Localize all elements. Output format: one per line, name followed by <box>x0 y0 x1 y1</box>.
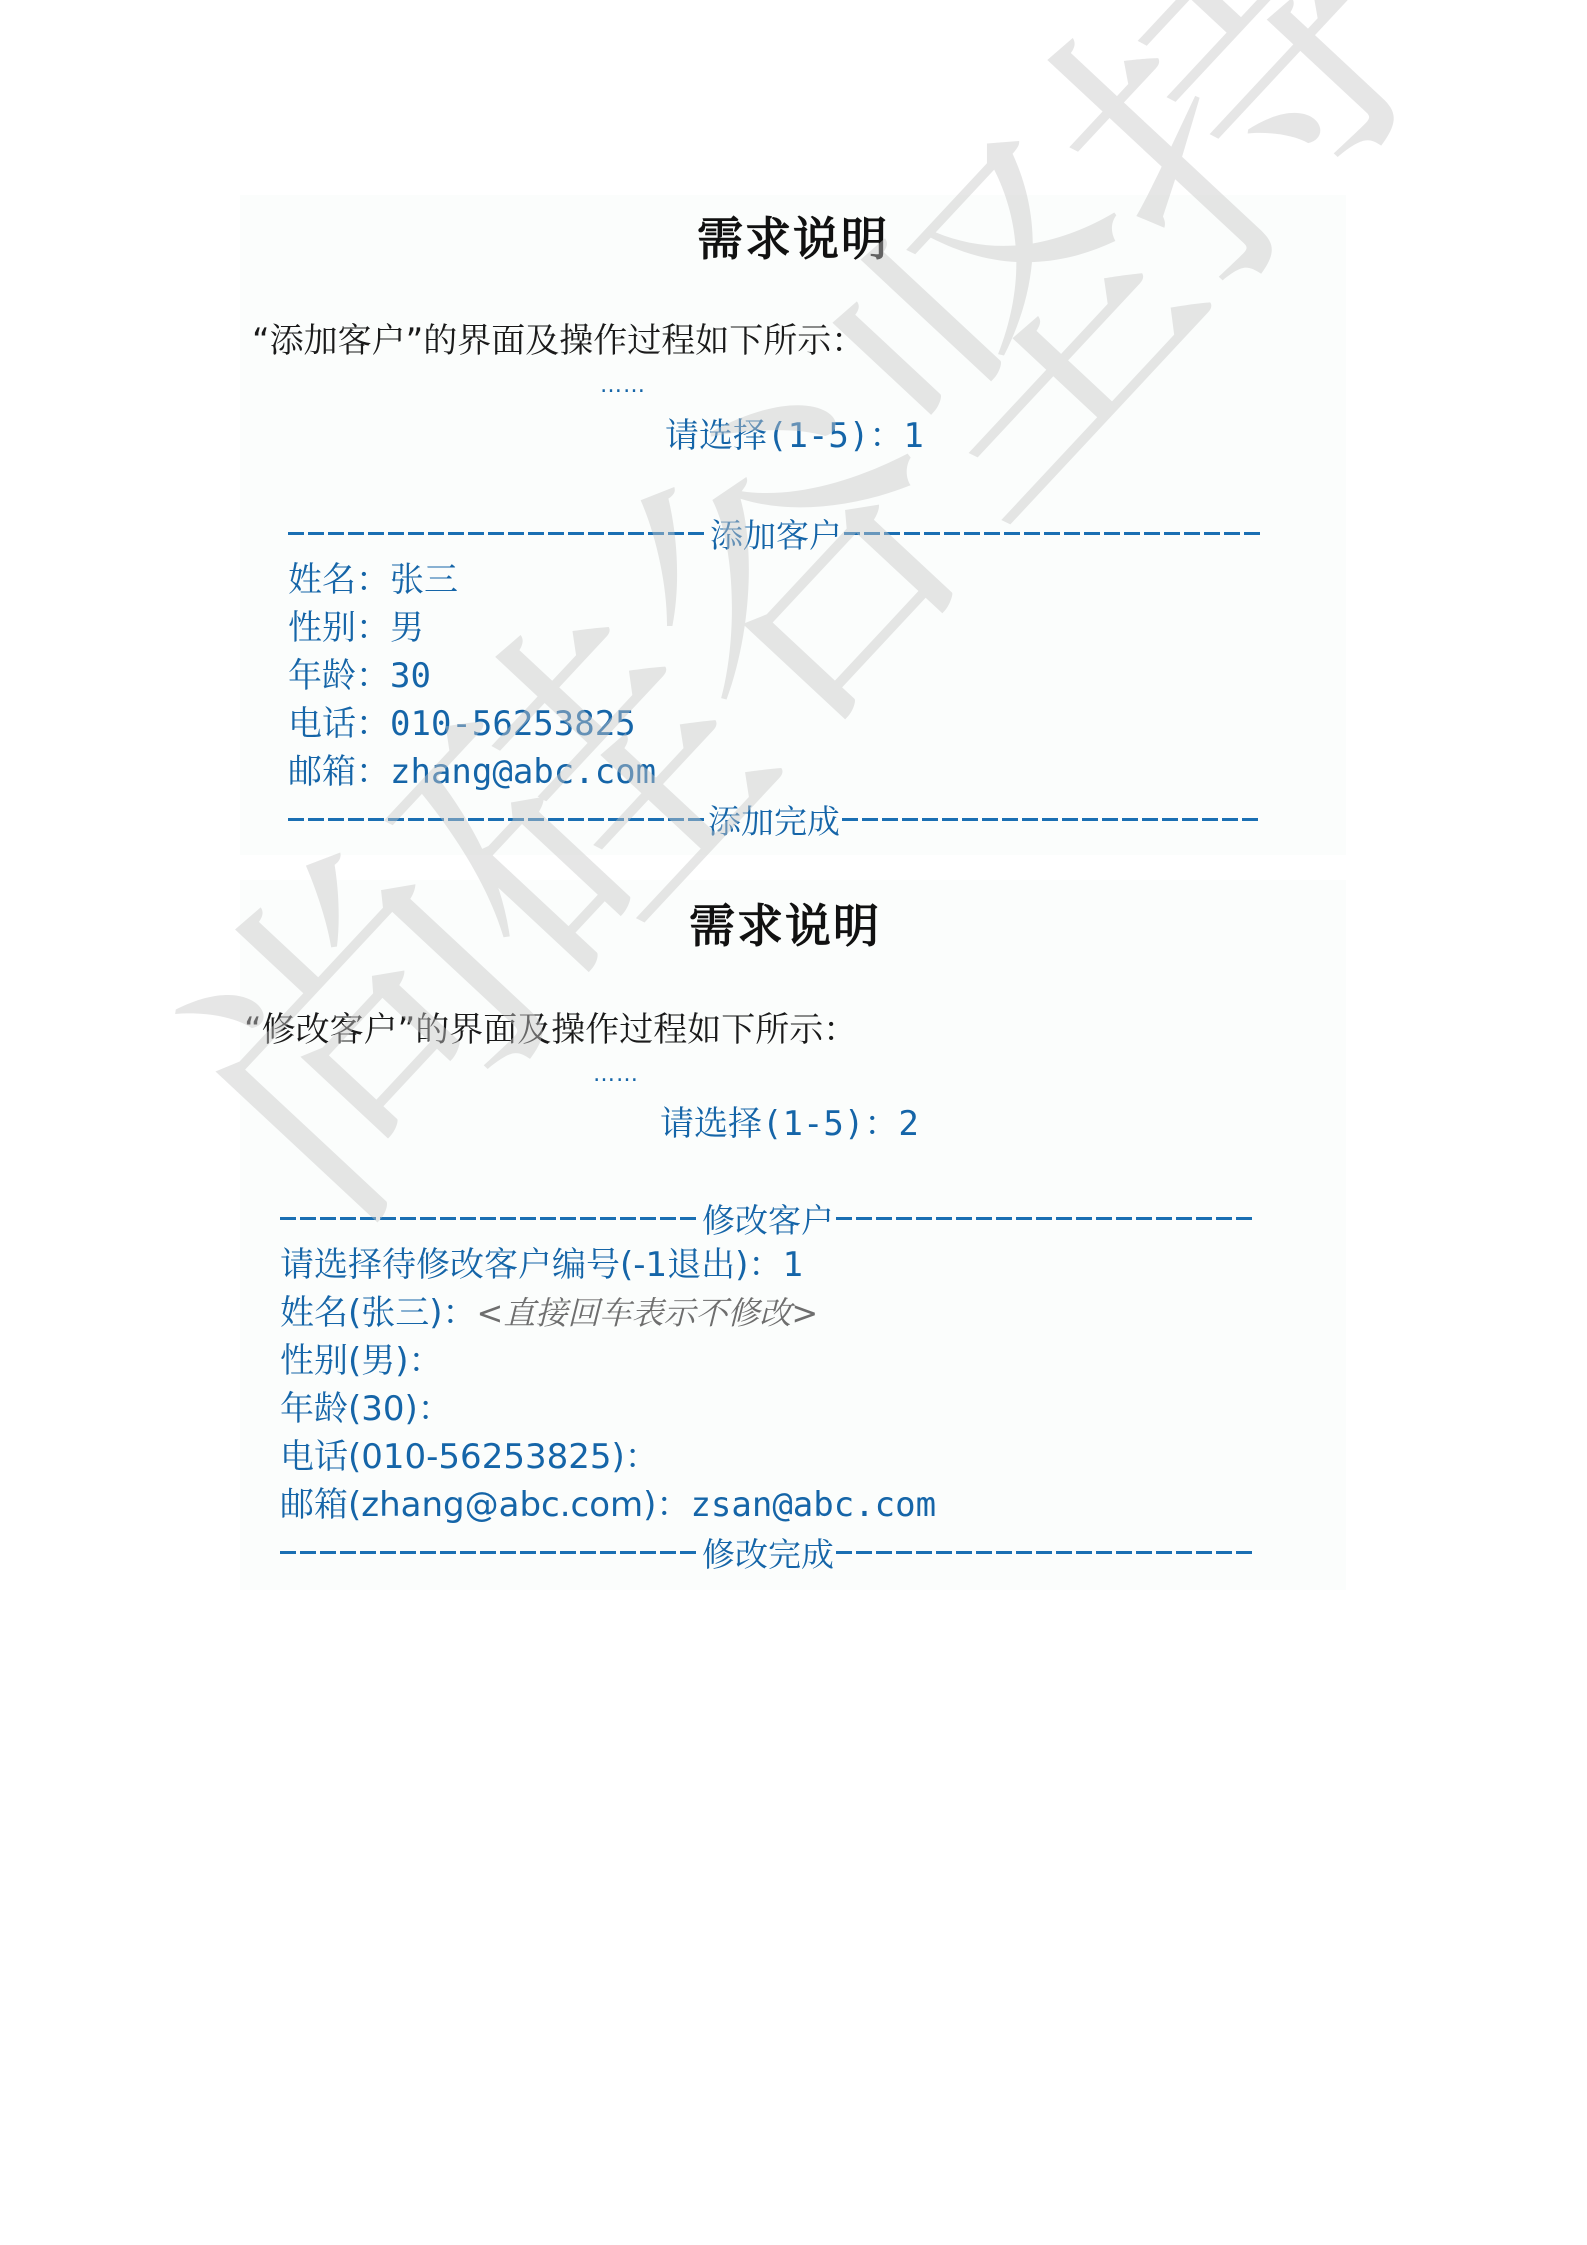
add-customer-panel: 需求说明 “添加客户”的界面及操作过程如下所示： …… 请选择(1-5)：1 添… <box>240 195 1346 855</box>
rule-label: 添加完成 <box>706 796 842 843</box>
field-line: 邮箱(zhang@abc.com)：zsan@abc.com <box>280 1481 1290 1529</box>
field-line: 请选择待修改客户编号(-1退出)：1 <box>280 1241 1290 1289</box>
field-line: 姓名：张三 <box>288 556 1288 604</box>
rule-label: 添加客户 <box>708 510 844 557</box>
field-line: 性别：男 <box>288 604 1288 652</box>
dash-line <box>836 1551 1254 1554</box>
section-title: 需求说明 <box>240 203 1346 269</box>
section-intro: “添加客户”的界面及操作过程如下所示： <box>252 313 865 362</box>
ellipsis: …… <box>600 373 646 398</box>
field-line: 性别(男)： <box>280 1337 1290 1385</box>
rule-label: 修改完成 <box>700 1529 836 1576</box>
field-line: 年龄：30 <box>288 652 1288 700</box>
footer-rule: 修改完成 <box>280 1529 1290 1575</box>
field-line: 电话：010-56253825 <box>288 700 1288 748</box>
field-line: 姓名(张三)：<直接回车表示不修改> <box>280 1289 1290 1337</box>
dash-line <box>280 1217 700 1220</box>
field-line: 邮箱：zhang@abc.com <box>288 748 1288 796</box>
header-rule: 添加客户 <box>288 510 1288 556</box>
dash-line <box>280 1551 700 1554</box>
console-output: 添加客户 姓名：张三 性别：男 年龄：30 电话：010-56253825 邮箱… <box>288 510 1288 842</box>
menu-prompt: 请选择(1-5)：1 <box>665 408 924 457</box>
section-title: 需求说明 <box>232 890 1338 956</box>
dash-line <box>288 532 708 535</box>
ellipsis: …… <box>593 1062 639 1087</box>
edit-customer-panel: 需求说明 “修改客户”的界面及操作过程如下所示： …… 请选择(1-5)：2 修… <box>240 880 1346 1590</box>
field-line: 年龄(30)： <box>280 1385 1290 1433</box>
dash-line <box>288 818 706 821</box>
console-output: 修改客户 请选择待修改客户编号(-1退出)：1 姓名(张三)：<直接回车表示不修… <box>280 1195 1290 1575</box>
header-rule: 修改客户 <box>280 1195 1290 1241</box>
rule-label: 修改客户 <box>700 1195 836 1242</box>
input-hint: <直接回车表示不修改> <box>477 1294 819 1332</box>
field-line: 电话(010-56253825)： <box>280 1433 1290 1481</box>
menu-prompt: 请选择(1-5)：2 <box>660 1096 919 1145</box>
dash-line <box>836 1217 1256 1220</box>
section-intro: “修改客户”的界面及操作过程如下所示： <box>244 1002 857 1051</box>
dash-line <box>844 532 1264 535</box>
footer-rule: 添加完成 <box>288 796 1288 842</box>
dash-line <box>842 818 1260 821</box>
